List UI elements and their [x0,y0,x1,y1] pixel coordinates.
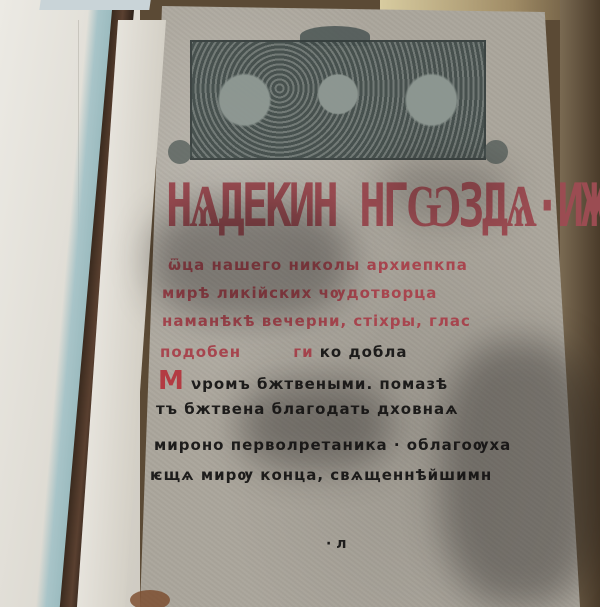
text-line-4: подобен ги ко добла [160,342,407,361]
shadow-upper-right [380,160,510,220]
shadow-middle [240,380,390,470]
headpiece-left-flourish [168,140,192,164]
catchword-mark: · л [326,536,346,552]
drop-initial: М [158,366,185,396]
page-stain [130,590,170,607]
shadow-right [440,340,600,607]
shadow-upper-left [150,200,350,320]
rubric-tone: ги [293,343,313,361]
text-ko-dobla: ко добла [320,343,408,361]
left-page-top-edge [39,0,150,10]
headpiece-right-flourish [484,140,508,164]
ornamental-headpiece [190,40,486,160]
rubric-podoben: подобен [160,343,241,361]
book-photo: НѦДЕКИН НГѠЗДѦ·ИЖЕ ВО ѿца нашего николы … [0,0,600,607]
